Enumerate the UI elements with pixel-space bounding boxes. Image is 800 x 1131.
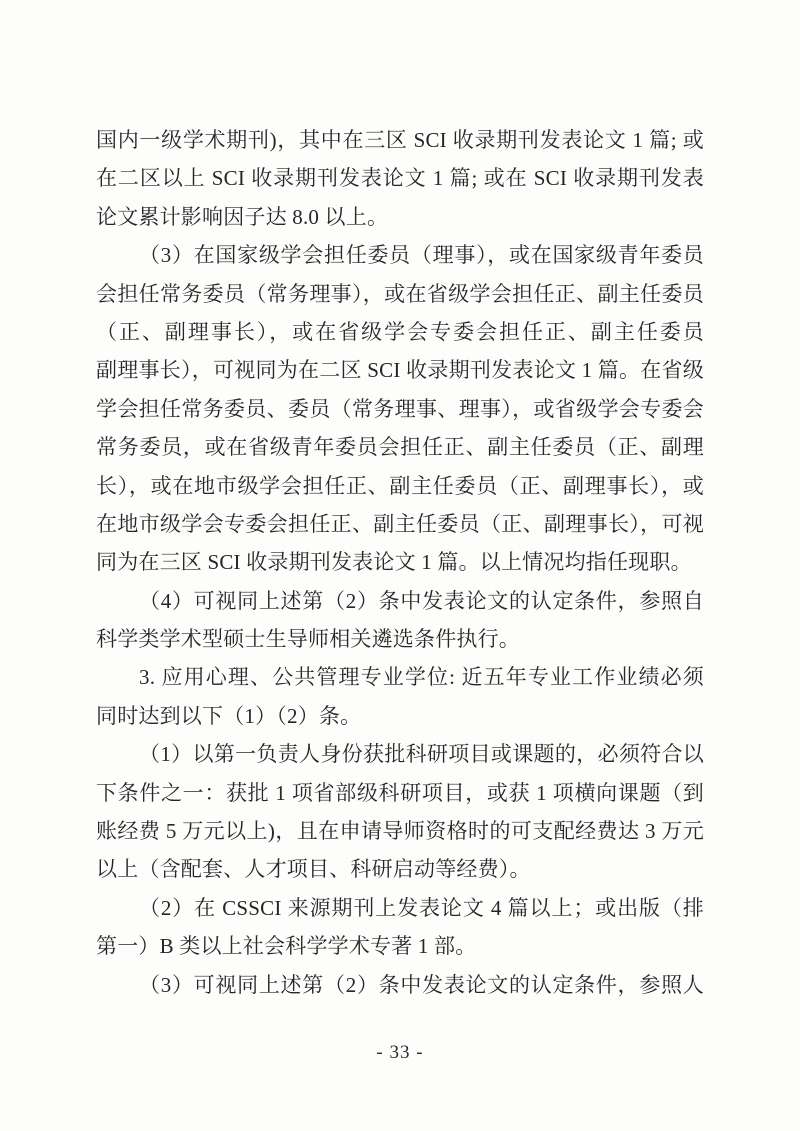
text-line: 国内一级学术期刊)，其中在三区 SCI 收录期刊发表论文 1 篇; 或 [96, 121, 704, 159]
text-line: 账经费 5 万元以上)，且在申请导师资格时的可支配经费达 3 万元 [96, 812, 704, 850]
text-line: （正、副理事长），或在省级学会专委会担任正、副主任委员（正、 [96, 313, 704, 351]
text-line: 科学类学术型硕士生导师相关遴选条件执行。 [96, 620, 704, 658]
text-line: 下条件之一：获批 1 项省部级科研项目，或获 1 项横向课题（到 [96, 774, 704, 812]
text-line: 以上（含配套、人才项目、科研启动等经费）。 [96, 850, 704, 888]
text-line: 学会担任常务委员、委员（常务理事、理事），或省级学会专委会 [96, 390, 704, 428]
text-line: （3）可视同上述第（2）条中发表论文的认定条件，参照人 [96, 966, 704, 1004]
text-line: （2）在 CSSCI 来源期刊上发表论文 4 篇以上；或出版（排名 [96, 889, 704, 927]
page-number: - 33 - [0, 1040, 800, 1066]
text-line: 在二区以上 SCI 收录期刊发表论文 1 篇; 或在 SCI 收录期刊发表 [96, 159, 704, 197]
text-line: 同为在三区 SCI 收录期刊发表论文 1 篇。以上情况均指任现职。 [96, 543, 704, 581]
text-line: 长），或在地市级学会担任正、副主任委员（正、副理事长），或 [96, 467, 704, 505]
text-line: （1）以第一负责人身份获批科研项目或课题的，必须符合以 [96, 735, 704, 773]
text-line: 在地市级学会专委会担任正、副主任委员（正、副理事长），可视 [96, 505, 704, 543]
text-line: （3）在国家级学会担任委员（理事），或在国家级青年委员 [96, 236, 704, 274]
text-line: 常务委员，或在省级青年委员会担任正、副主任委员（正、副理事 [96, 428, 704, 466]
text-line: 3. 应用心理、公共管理专业学位: 近五年专业工作业绩必须 [96, 658, 704, 696]
document-body: 国内一级学术期刊)，其中在三区 SCI 收录期刊发表论文 1 篇; 或在二区以上… [96, 121, 704, 1004]
text-line: 论文累计影响因子达 8.0 以上。 [96, 198, 704, 236]
text-line: 会担任常务委员（常务理事），或在省级学会担任正、副主任委员 [96, 275, 704, 313]
text-line: 同时达到以下（1）（2）条。 [96, 697, 704, 735]
text-line: 副理事长），可视同为在二区 SCI 收录期刊发表论文 1 篇。在省级 [96, 351, 704, 389]
text-line: 第一）B 类以上社会科学学术专著 1 部。 [96, 927, 704, 965]
text-line: （4）可视同上述第（2）条中发表论文的认定条件，参照自然 [96, 582, 704, 620]
document-page: 国内一级学术期刊)，其中在三区 SCI 收录期刊发表论文 1 篇; 或在二区以上… [0, 0, 800, 1131]
